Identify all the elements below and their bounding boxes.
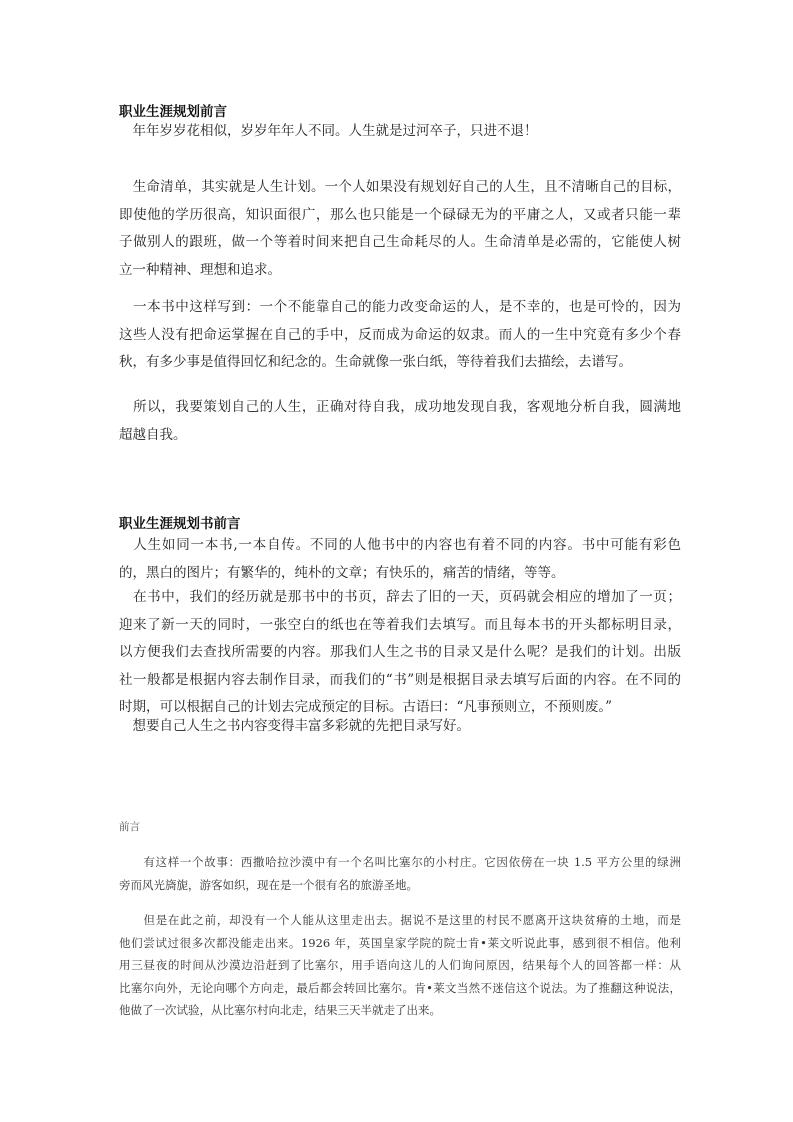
section1-paragraph-1: 年年岁岁花相似，岁岁年年人不同。人生就是过河卒子，只进不退！ xyxy=(119,118,681,146)
text-line: 用三昼夜的时间从沙漠边沿赶到了比塞尔，用手语向这儿的人们询问原因，结果每个人的回… xyxy=(119,954,681,977)
text-line: 这些人没有把命运掌握在自己的手中，反而成为命运的奴隶。而人的一生中究竟有多少个春 xyxy=(119,322,681,350)
text-line: 他们尝试过很多次都没能走出来。1926 年，英国皇家学院的院士肯•莱文听说此事，… xyxy=(119,932,681,955)
text-line: 超越自我。 xyxy=(119,422,681,450)
text-line: 迎来了新一天的同时，一张空白的纸也在等着我们去填写。而且每本书的开头都标明目录， xyxy=(119,612,681,640)
text-line: 秋，有多少事是值得回忆和纪念的。生命就像一张白纸，等待着我们去描绘，去谱写。 xyxy=(119,349,681,377)
section3-paragraph-2: 但是在此之前，却没有一个人能从这里走出去。据说不是这里的村民不愿离开这块贫瘠的土… xyxy=(119,909,681,1022)
section1-paragraph-2: 生命清单，其实就是人生计划。一个人如果没有规划好自己的人生，且不清晰自己的目标，… xyxy=(119,174,681,284)
text-line: 的，黑白的图片；有繁华的，纯朴的文章；有快乐的，痛苦的情绪，等等。 xyxy=(119,560,681,588)
text-line: 一本书中这样写到：一个不能靠自己的能力改变命运的人，是不幸的，也是可怜的，因为 xyxy=(119,294,681,322)
section2-paragraph-2: 在书中，我们的经历就是那书中的书页，辞去了旧的一天，页码就会相应的增加了一页； … xyxy=(119,584,681,722)
section1-paragraph-4: 所以，我要策划自己的人生，正确对待自我，成功地发现自我，客观地分析自我，圆满地 … xyxy=(119,394,681,449)
text-line: 即使他的学历很高，知识面很广，那么也只能是一个碌碌无为的平庸之人，又或者只能一辈 xyxy=(119,202,681,230)
text-line: 他做了一次试验，从比塞尔村向北走，结果三天半就走了出来。 xyxy=(119,999,681,1022)
section2-paragraph-3: 想要自己人生之书内容变得丰富多彩就的先把目录写好。 xyxy=(119,713,681,741)
text-line: 但是在此之前，却没有一个人能从这里走出去。据说不是这里的村民不愿离开这块贫瘠的土… xyxy=(119,909,681,932)
text-line: 旁而风光旖旎，游客如织，现在是一个很有名的旅游圣地。 xyxy=(119,874,681,897)
section2-title: 职业生涯规划书前言 xyxy=(119,514,241,534)
section2-paragraph-1: 人生如同一本书,一本自传。不同的人他书中的内容也有着不同的内容。书中可能有彩色 … xyxy=(119,532,681,587)
text-line: 想要自己人生之书内容变得丰富多彩就的先把目录写好。 xyxy=(119,713,681,741)
text-line: 在书中，我们的经历就是那书中的书页，辞去了旧的一天，页码就会相应的增加了一页； xyxy=(119,584,681,612)
section3-paragraph-1: 有这样一个故事：西撒哈拉沙漠中有一个名叫比塞尔的小村庄。它因依傍在一块 1.5 … xyxy=(119,851,681,896)
text-line: 子做别人的跟班，做一个等着时间来把自己生命耗尽的人。生命清单是必需的，它能使人树 xyxy=(119,229,681,257)
text-line: 人生如同一本书,一本自传。不同的人他书中的内容也有着不同的内容。书中可能有彩色 xyxy=(119,532,681,560)
text-line: 以方便我们去查找所需要的内容。那我们人生之书的目录又是什么呢？是我们的计划。出版 xyxy=(119,639,681,667)
text-line: 比塞尔向外，无论向哪个方向走，最后都会转回比塞尔。肯•莱文当然不迷信这个说法。为… xyxy=(119,977,681,1000)
section3-title: 前言 xyxy=(119,819,140,835)
text-line: 年年岁岁花相似，岁岁年年人不同。人生就是过河卒子，只进不退！ xyxy=(119,118,681,146)
text-line: 社一般都是根据内容去制作目录，而我们的“书”则是根据目录去填写后面的内容。在不同… xyxy=(119,667,681,695)
section1-paragraph-3: 一本书中这样写到：一个不能靠自己的能力改变命运的人，是不幸的，也是可怜的，因为 … xyxy=(119,294,681,377)
text-line: 生命清单，其实就是人生计划。一个人如果没有规划好自己的人生，且不清晰自己的目标， xyxy=(119,174,681,202)
text-line: 立一种精神、理想和追求。 xyxy=(119,257,681,285)
text-line: 有这样一个故事：西撒哈拉沙漠中有一个名叫比塞尔的小村庄。它因依傍在一块 1.5 … xyxy=(119,851,681,874)
text-line: 所以，我要策划自己的人生，正确对待自我，成功地发现自我，客观地分析自我，圆满地 xyxy=(119,394,681,422)
